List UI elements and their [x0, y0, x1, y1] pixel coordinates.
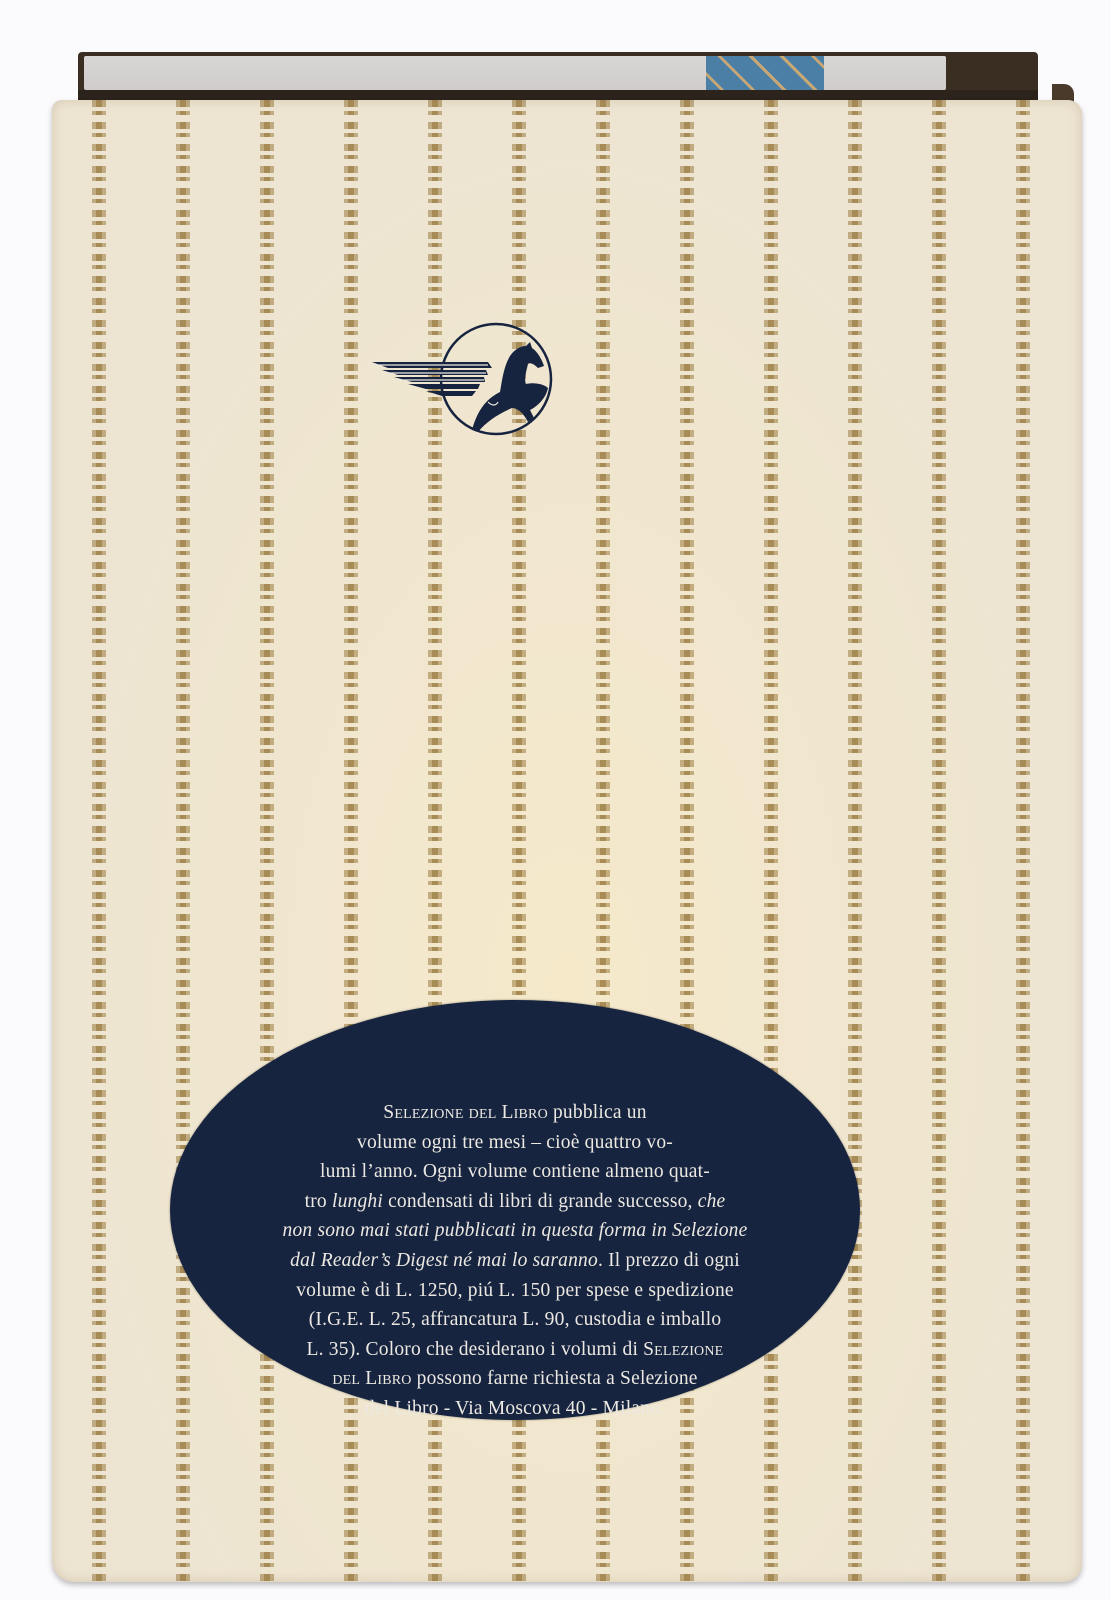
blurb-fragment: . Il prezzo di ogni: [598, 1250, 740, 1271]
blurb-fragment: (I.G.E. L. 25, affrancatura L. 90, custo…: [309, 1309, 722, 1330]
blurb-line: volume è di L. 1250, piú L. 150 per spes…: [222, 1276, 808, 1306]
blurb-fragment: non sono mai stati pubblicati in questa …: [283, 1220, 748, 1241]
blurb-fragment: Selezione: [643, 1339, 723, 1360]
blurb-fragment: del Libro - Via Moscova 40 - Milano.: [365, 1398, 665, 1419]
blurb-line: L. 35). Coloro che desiderano i volumi d…: [222, 1335, 808, 1365]
blurb-line: volume ogni tre mesi – cioè quattro vo-: [222, 1128, 808, 1158]
blurb-fragment: pubblica un: [548, 1102, 647, 1123]
blurb-line: non sono mai stati pubblicati in questa …: [222, 1216, 808, 1246]
blurb-text: Selezione del Libro pubblica unvolume og…: [222, 1098, 808, 1424]
blurb-fragment: del Libro: [332, 1368, 411, 1389]
blurb-fragment: lumi l’anno. Ogni volume contiene almeno…: [320, 1161, 710, 1182]
blurb-fragment: volume ogni tre mesi – cioè quattro vo-: [357, 1132, 673, 1153]
blurb-fragment: lunghi: [332, 1191, 383, 1212]
blurb-line: (I.G.E. L. 25, affrancatura L. 90, custo…: [222, 1305, 808, 1335]
blurb-fragment: possono farne richiesta a Selezione: [412, 1368, 698, 1389]
blurb-line: dal Reader’s Digest né mai lo saranno. I…: [222, 1246, 808, 1276]
blurb-line: tro lunghi condensati di libri di grande…: [222, 1187, 808, 1217]
blurb-fragment: tro: [305, 1191, 332, 1212]
blurb-fragment: volume è di L. 1250, piú L. 150 per spes…: [296, 1280, 734, 1301]
blurb-line: del Libro possono farne richiesta a Sele…: [222, 1364, 808, 1394]
winged-pegasus-in-circle-icon: [368, 318, 558, 440]
blurb-fragment: L. 35). Coloro che desiderano i volumi d…: [307, 1339, 644, 1360]
blurb-line: Selezione del Libro pubblica un: [222, 1098, 808, 1128]
blurb-fragment: condensati di libri di grande successo,: [383, 1191, 698, 1212]
blurb-fragment: che: [698, 1191, 726, 1212]
blurb-line: del Libro - Via Moscova 40 - Milano.: [222, 1394, 808, 1424]
blurb-fragment: Selezione del Libro: [383, 1102, 548, 1123]
endpaper-pattern-glimpse: [706, 56, 824, 90]
blurb-line: lumi l’anno. Ogni volume contiene almeno…: [222, 1157, 808, 1187]
blurb-fragment: dal Reader’s Digest né mai lo saranno: [290, 1250, 598, 1271]
